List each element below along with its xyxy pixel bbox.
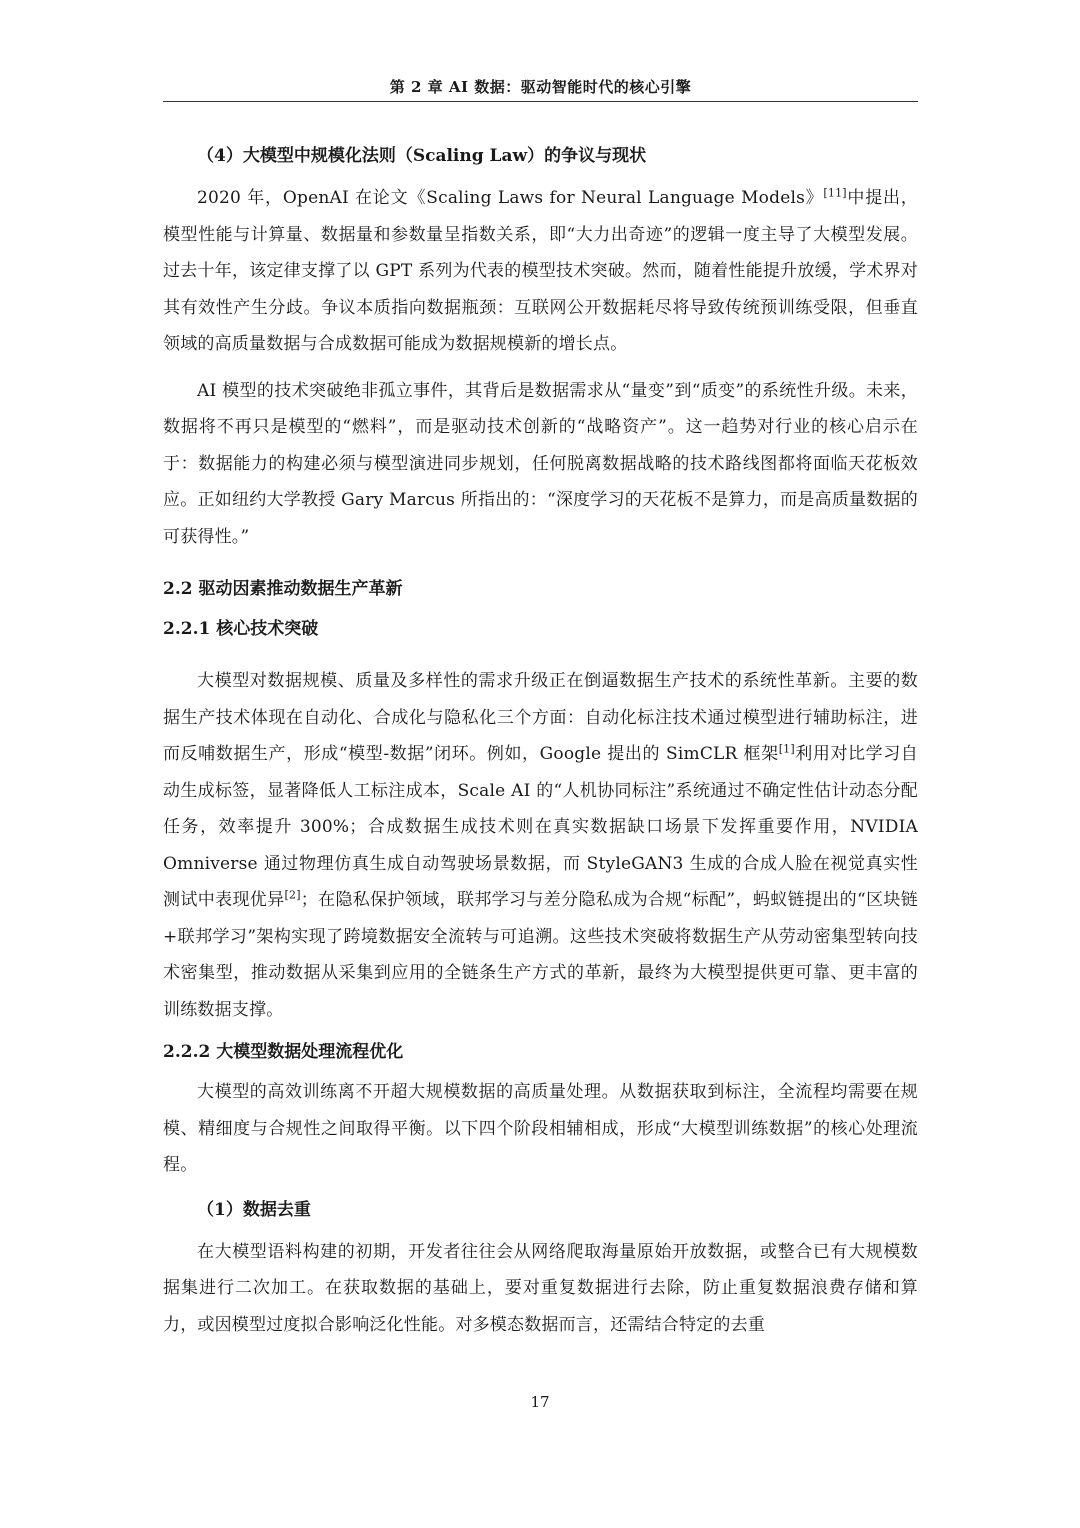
page-number: 17 (0, 1393, 1080, 1411)
citation-ref: [11] (823, 186, 846, 199)
paragraph-pipeline: 大模型的高效训练离不开超大规模数据的高质量处理。从数据获取到标注，全流程均需要在… (163, 1074, 918, 1184)
subsection-heading-scaling-law: （4）大模型中规模化法则（Scaling Law）的争议与现状 (163, 138, 918, 174)
paragraph-scaling-law: 2020 年，OpenAI 在论文《Scaling Laws for Neura… (163, 180, 918, 363)
section-heading-2-2: 2.2 驱动因素推动数据生产革新 (163, 571, 918, 607)
subsection-heading-dedup: （1）数据去重 (163, 1192, 918, 1228)
header-divider (163, 101, 918, 102)
citation-ref: [1] (779, 742, 795, 755)
section-heading-2-2-2: 2.2.2 大模型数据处理流程优化 (163, 1034, 918, 1070)
paragraph-text: 中提出，模型性能与计算量、数据量和参数量呈指数关系，即“大力出奇迹”的逻辑一度主… (163, 188, 918, 354)
citation-ref: [2] (285, 888, 301, 901)
section-heading-2-2-1: 2.2.1 核心技术突破 (163, 611, 918, 647)
running-header: 第 2 章 AI 数据：驱动智能时代的核心引擎 (163, 76, 918, 98)
paragraph-core-tech: 大模型对数据规模、质量及多样性的需求升级正在倒逼数据生产技术的系统性革新。主要的… (163, 663, 918, 1028)
paragraph-text: 2020 年，OpenAI 在论文《Scaling Laws for Neura… (197, 188, 823, 208)
paragraph-data-strategy: AI 模型的技术突破绝非孤立事件，其背后是数据需求从“量变”到“质变”的系统性升… (163, 373, 918, 556)
paragraph-dedup: 在大模型语料构建的初期，开发者往往会从网络爬取海量原始开放数据，或整合已有大规模… (163, 1234, 918, 1344)
page-body: （4）大模型中规模化法则（Scaling Law）的争议与现状 2020 年，O… (163, 130, 918, 1343)
paragraph-text: 利用对比学习自动生成标签，显著降低人工标注成本，Scale AI 的“人机协同标… (163, 744, 918, 910)
